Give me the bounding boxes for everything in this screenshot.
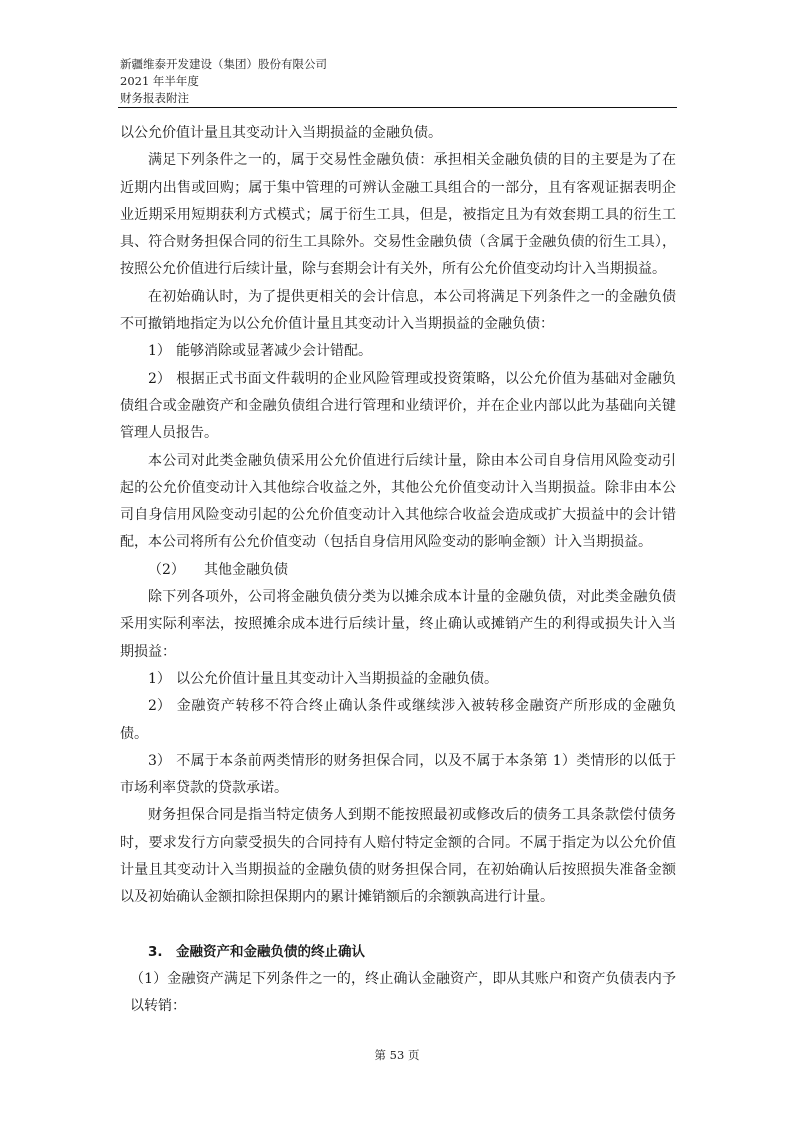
paragraph: 财务担保合同是指当特定债务人到期不能按照最初或修改后的债务工具条款偿付债务时，要… xyxy=(120,802,676,911)
company-name: 新疆维泰开发建设（集团）股份有限公司 xyxy=(120,56,327,73)
paragraph: 以公允价值计量且其变动计入当期损益的金融负债。 xyxy=(120,120,676,147)
paragraph: 在初始确认时，为了提供更相关的会计信息，本公司将满足下列条件之一的金融负债不可撤… xyxy=(120,284,676,339)
list-number: 2） xyxy=(148,693,176,720)
list-item: 2）金融资产转移不符合终止确认条件或继续涉入被转移金融资产所形成的金融负债。 xyxy=(120,693,676,748)
document-title: 财务报表附注 xyxy=(120,90,327,107)
list-number: 1） xyxy=(148,666,176,693)
list-text: 以公允价值计量且其变动计入当期损益的金融负债。 xyxy=(176,671,498,687)
subsection-title: 其他金融负债 xyxy=(204,562,288,578)
section-title: 金融资产和金融负债的终止确认 xyxy=(176,944,365,960)
section-number: 3. xyxy=(148,939,176,966)
list-number: 3） xyxy=(148,748,176,775)
paragraph: （1）金融资产满足下列条件之一的，终止确认金融资产，即从其账户和资产负债表内予以… xyxy=(120,966,676,1021)
paragraph: 满足下列条件之一的，属于交易性金融负债：承担相关金融负债的目的主要是为了在近期内… xyxy=(120,147,676,283)
subsection-number: （2） xyxy=(148,557,204,584)
list-item: 1）能够消除或显著减少会计错配。 xyxy=(120,338,676,365)
list-number: 2） xyxy=(148,366,176,393)
list-item: 1）以公允价值计量且其变动计入当期损益的金融负债。 xyxy=(120,666,676,693)
document-body: 以公允价值计量且其变动计入当期损益的金融负债。 满足下列条件之一的，属于交易性金… xyxy=(120,120,676,1021)
list-text: 根据正式书面文件载明的企业风险管理或投资策略，以公允价值为基础对金融负债组合或金… xyxy=(120,371,676,442)
header-divider xyxy=(118,107,677,108)
list-text: 金融资产转移不符合终止确认条件或继续涉入被转移金融资产所形成的金融负债。 xyxy=(120,698,676,741)
page-number: 第 53 页 xyxy=(0,1047,794,1063)
subsection-heading: （2）其他金融负债 xyxy=(120,557,676,584)
list-text: 不属于本条前两类情形的财务担保合同，以及不属于本条第 1）类情形的以低于市场利率… xyxy=(120,753,676,796)
list-text: 能够消除或显著减少会计错配。 xyxy=(176,343,372,359)
paragraph: 本公司对此类金融负债采用公允价值进行后续计量，除由本公司自身信用风险变动引起的公… xyxy=(120,448,676,557)
list-number: 1） xyxy=(148,338,176,365)
report-period: 2021 年半年度 xyxy=(120,73,327,90)
page-header: 新疆维泰开发建设（集团）股份有限公司 2021 年半年度 财务报表附注 xyxy=(120,56,327,107)
spacer xyxy=(120,912,676,939)
section-heading: 3.金融资产和金融负债的终止确认 xyxy=(120,939,676,966)
paragraph: 除下列各项外，公司将金融负债分类为以摊余成本计量的金融负债，对此类金融负债采用实… xyxy=(120,584,676,666)
list-item: 2）根据正式书面文件载明的企业风险管理或投资策略，以公允价值为基础对金融负债组合… xyxy=(120,366,676,448)
list-item: 3）不属于本条前两类情形的财务担保合同，以及不属于本条第 1）类情形的以低于市场… xyxy=(120,748,676,803)
